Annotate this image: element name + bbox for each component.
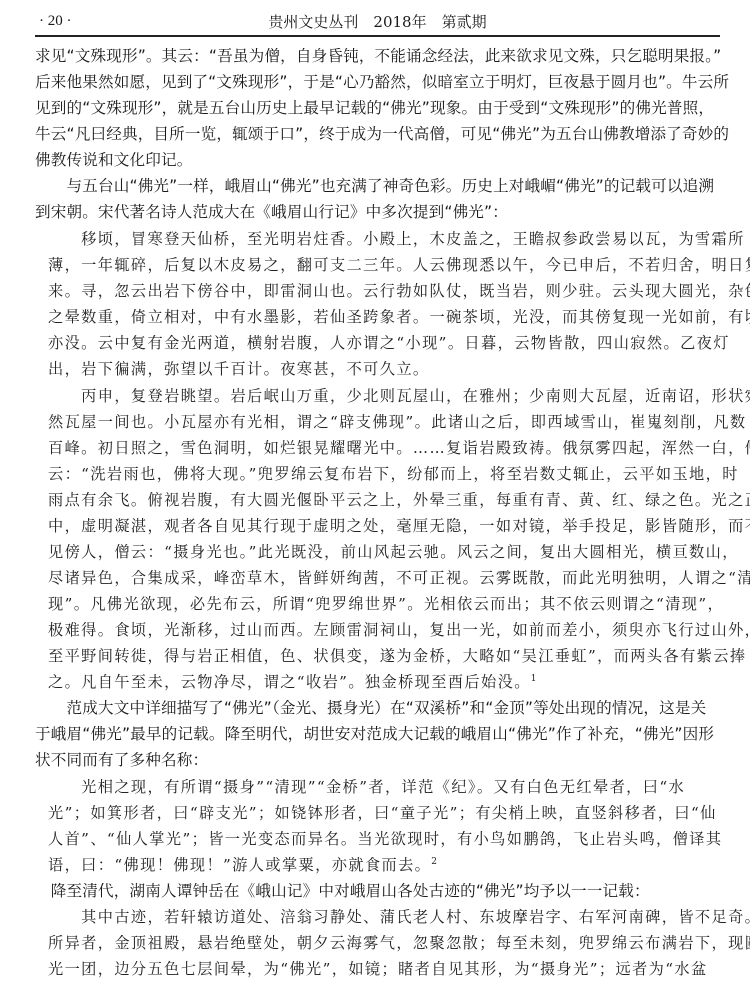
body-line: 状不同而有了多种名称：: [35, 750, 208, 770]
quote-line: 见傍人，僧云：“摄身光也。”此光既没，前山风起云驰。风云之间，复出大圆相光，横亘…: [48, 542, 739, 562]
body-line: 与五台山“佛光”一样，峨眉山“佛光”也充满了神奇色彩。历史上对峨嵋“佛光”的记载…: [35, 176, 714, 196]
body-line: 于峨眉“佛光”最早的记载。降至明代，胡世安对范成大记载的峨眉山“佛光”作了补充，…: [35, 724, 714, 744]
quote-line: 然瓦屋一间也。小瓦屋亦有光相，谓之“辟支佛现”。此诸山之后，即西域雪山，崔嵬刻削…: [48, 412, 746, 432]
quote-line: 其中古迹，若轩辕访道处、涪翁习静处、蒲氏老人村、东坡摩岩字、右军河南碑，皆不足奇…: [48, 907, 750, 927]
body-line: 佛教传说和文化印记。: [35, 150, 192, 170]
quote-line: 光一团，边分五色七层间晕，为“佛光”，如镜；睹者自见其形，为“摄身光”；远者为“…: [48, 959, 708, 979]
quote-line: 所异者，金顶祖殿，悬岩绝壁处，朝夕云海雾气，忽聚忽散；每至未刻，兜罗绵云布满岩下…: [48, 933, 750, 953]
quote-line: 语，曰：“佛现！佛现！”游人或掌粟，亦就食而去。2: [48, 855, 438, 875]
quote-line: 光”；如箕形者，曰“辟支光”；如铙钵形者，曰“童子光”；有尖梢上映，直竖斜移者，…: [48, 803, 717, 823]
body-line: 后来他果然如愿，见到了“文殊现形”，于是“心乃豁然，似暗室立于明灯，巨夜悬于圆月…: [35, 72, 729, 92]
body-line: 降至清代，湖南人谭钟岳在《峨山记》中对峨眉山各处古迹的“佛光”均予以一一记载：: [35, 881, 650, 901]
body-line: 范成大文中详细描写了“佛光”（金光、摄身光）在“双溪桥”和“金顶”等处出现的情况…: [35, 698, 706, 718]
quote-line-text: 语，曰：“佛现！佛现！”游人或掌粟，亦就食而去。: [48, 856, 431, 874]
quote-line: 百峰。初日照之，雪色洞明，如烂银晃耀曙光中。……复诣岩殿致祷。俄氛雾四起，浑然一…: [48, 438, 750, 458]
quote-line: 亦没。云中复有金光两道，横射岩腹，人亦谓之“小现”。日暮，云物皆散，四山寂然。乙…: [48, 333, 730, 353]
quote-line: 尽诸异色，合集成采，峰峦草木，皆鲜妍绚茜，不可正视。云雾既散，而此光明独明，人谓…: [48, 568, 750, 588]
footnote-ref-2[interactable]: 2: [431, 857, 438, 867]
quote-line: 出，岩下徧满，弥望以千百计。夜寒甚，不可久立。: [48, 359, 430, 379]
quote-line: 云：“洗岩雨也，佛将大现。”兜罗绵云复布岩下，纷郁而上，将至岩数丈辄止，云平如玉…: [48, 464, 739, 484]
quote-line: 人首”、“仙人掌光”；皆一光变态而异名。当光欲现时，有小鸟如鹏鸽，飞止岩头鸣，僧…: [48, 829, 722, 849]
quote-line: 现”。凡佛光欲现，必先布云，所谓“兜罗绵世界”。光相依云而出；其不依云则谓之“清…: [48, 594, 724, 614]
quote-line: 至平野间转徙，得与岩正相值，色、状俱变，遂为金桥，大略如“吴江垂虹”，而两头各有…: [48, 646, 746, 666]
quote-line: 之。凡自午至未，云物净尽，谓之“收岩”。独金桥现至酉后始没。1: [48, 672, 538, 692]
quote-line: 之晕数重，倚立相对，中有水墨影，若仙圣跨象者。一碗茶顷，光没，而其傍复现一光如前…: [48, 307, 750, 327]
quote-line: 薄，一年辄碎，后复以木皮易之，翻可支二三年。人云佛现悉以午，今已申后，不若归舍，…: [48, 255, 750, 275]
body-line: 求见“文殊现形”。其云：“吾虽为僧，自身昏钝，不能诵念经法，此来欲求见文殊，只乞…: [35, 46, 721, 66]
quote-line: 来。寻，忽云出岩下傍谷中，即雷洞山也。云行勃如队仗，既当岩，则少驻。云头现大圆光…: [48, 281, 750, 301]
quote-line-text: 之。凡自午至未，云物净尽，谓之“收岩”。独金桥现至酉后始没。: [48, 673, 531, 691]
body-line: 牛云“凡曰经典，目所一览，辄颂于口”，终于成为一代高僧，可见“佛光”为五台山佛教…: [35, 124, 729, 144]
running-header: · 20 · 贵州文史丛刊 2018年 第贰期: [35, 8, 720, 32]
body-line: 到宋朝。宋代著名诗人范成大在《峨眉山行记》中多次提到“佛光”：: [35, 202, 508, 222]
quote-line: 光相之现，有所谓“摄身”“清现”“金桥”者，详范《纪》。又有白色无红晕者，曰“水: [48, 777, 685, 797]
quote-line: 雨点有余飞。俯视岩腹，有大圆光偃卧平云之上，外晕三重，每重有青、黄、红、绿之色。…: [48, 490, 750, 510]
quote-line: 极难得。食顷，光渐移，过山而西。左顾雷洞祠山，复出一光，如前而差小，须臾亦飞行过…: [48, 620, 750, 640]
footnote-ref-1[interactable]: 1: [531, 674, 538, 684]
quote-line: 丙申，复登岩眺望。岩后岷山万重，少北则瓦屋山，在雅州；少南则大瓦屋，近南诏，形状…: [48, 386, 750, 406]
journal-title: 贵州文史丛刊 2018年 第贰期: [35, 11, 720, 32]
body-line: 见到的“文殊现形”，就是五台山历史上最早记载的“佛光”现象。由于受到“文殊现形”…: [35, 98, 714, 118]
quote-line: 中，虚明凝湛，观者各自见其行现于虚明之处，毫厘无隐，一如对镜，举手投足，影皆随形…: [48, 516, 750, 536]
header-divider: [35, 35, 720, 37]
quote-line: 移顷，冒寒登天仙桥，至光明岩炷香。小殿上，木皮盖之，王瞻叔参政尝易以瓦，为雪霜所: [48, 229, 745, 249]
journal-page: · 20 · 贵州文史丛刊 2018年 第贰期 求见“文殊现形”。其云：“吾虽为…: [0, 0, 750, 1000]
